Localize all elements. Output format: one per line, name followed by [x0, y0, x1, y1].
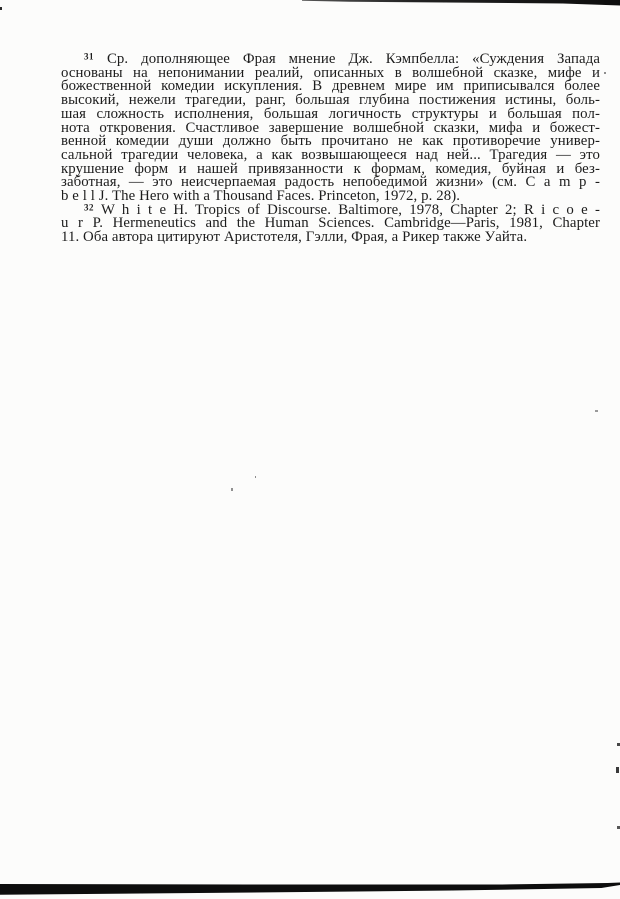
- scan-speck: [604, 72, 606, 74]
- footnotes-block: 31 Ср. дополняющее Фрая мнение Дж. Кэмпб…: [61, 53, 600, 245]
- footnote-number: 32: [84, 202, 94, 212]
- scan-speck: [255, 476, 256, 478]
- scan-edge-artifact-top: [302, 0, 620, 6]
- footnote-number: 31: [84, 52, 94, 62]
- scanned-book-page: 31 Ср. дополняющее Фрая мнение Дж. Кэмпб…: [0, 0, 620, 899]
- scan-speck: [616, 767, 619, 773]
- scan-speck: [0, 7, 2, 10]
- scan-speck: [231, 488, 233, 491]
- scan-edge-artifact-bottom: [0, 882, 620, 896]
- scan-speck: [595, 410, 598, 412]
- footnote-line: 11. Оба автора цитируют Аристотеля, Гэлл…: [61, 231, 600, 245]
